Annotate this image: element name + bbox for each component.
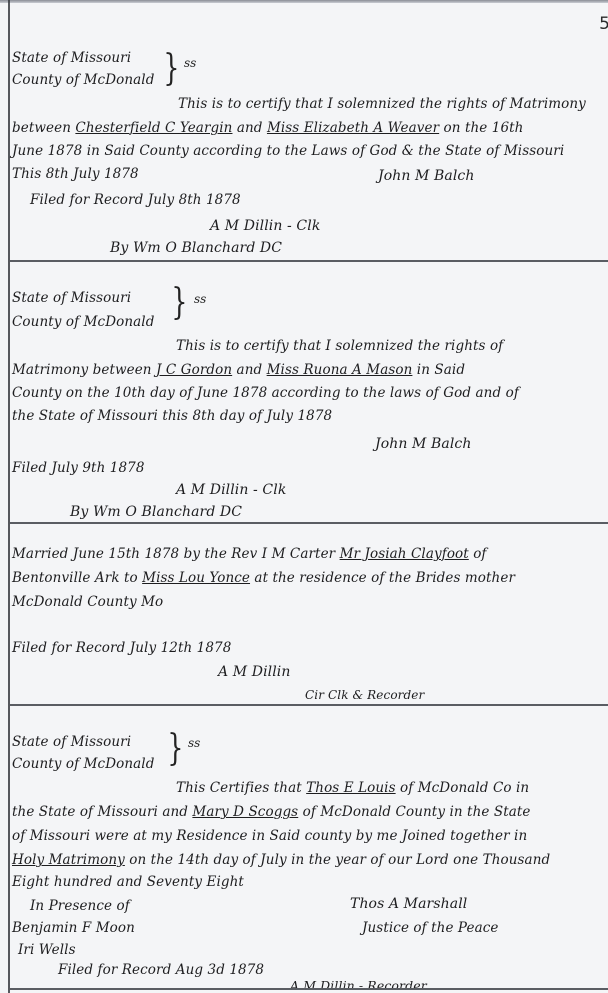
record-2-line-4: the State of Missouri this 8th day of Ju… [12, 408, 332, 424]
text: and [232, 120, 266, 136]
record-2-county: County of McDonald [12, 314, 154, 330]
record-4-state: State of Missouri [12, 734, 131, 750]
text: between [12, 120, 75, 136]
left-margin-line [8, 0, 10, 993]
record-1-county: County of McDonald [12, 72, 154, 88]
bride-name: Miss Elizabeth A Weaver [267, 120, 439, 136]
brace-icon: } [167, 728, 183, 769]
groom-name: Thos E Louis [306, 780, 395, 796]
page-number: 5 [599, 14, 608, 34]
text: Bentonville Ark to [12, 570, 142, 586]
groom-name: J C Gordon [156, 362, 232, 378]
text: Matrimony between [12, 362, 156, 378]
bride-name: Mary D Scoggs [192, 804, 298, 820]
record-4-officiant-title: Justice of the Peace [362, 920, 499, 936]
text: of [469, 546, 487, 562]
record-3-clerk-title: Cir Clk & Recorder [305, 688, 424, 702]
record-1-officiant: John M Balch [378, 168, 474, 184]
page-top-edge [0, 0, 608, 3]
text: Married June 15th 1878 by the Rev I M Ca… [12, 546, 340, 562]
record-divider [10, 522, 608, 524]
record-divider [10, 260, 608, 262]
record-2-ss: ss [194, 292, 206, 306]
ledger-page: 5 State of Missouri County of McDonald }… [0, 0, 608, 993]
record-4-ss: ss [188, 736, 200, 750]
text: and [232, 362, 266, 378]
record-1-filed: Filed for Record July 8th 1878 [30, 192, 241, 208]
record-1-line-2: between Chesterfield C Yeargin and Miss … [12, 120, 523, 136]
record-2-clerk: A M Dillin - Clk [176, 482, 286, 498]
record-4-line-5: Eight hundred and Seventy Eight [12, 874, 244, 890]
record-3-line-3: McDonald County Mo [12, 594, 163, 610]
holy-matrimony: Holy Matrimony [12, 852, 125, 868]
record-4-officiant: Thos A Marshall [350, 896, 467, 912]
bride-name: Miss Lou Yonce [142, 570, 250, 586]
record-4-line-1: This Certifies that Thos E Louis of McDo… [176, 780, 529, 796]
record-4-filed: Filed for Record Aug 3d 1878 [58, 962, 264, 978]
record-2-deputy: By Wm O Blanchard DC [70, 504, 242, 520]
text: the State of Missouri and [12, 804, 192, 820]
text: in Said [412, 362, 465, 378]
record-1-line-3: June 1878 in Said County according to th… [12, 143, 564, 159]
text: on the 14th day of July in the year of o… [125, 852, 550, 868]
record-1-line-4: This 8th July 1878 [12, 166, 139, 182]
record-2-line-3: County on the 10th day of June 1878 acco… [12, 385, 519, 401]
record-1-state: State of Missouri [12, 50, 131, 66]
record-4-witness-1: Benjamin F Moon [12, 920, 135, 936]
record-1-clerk: A M Dillin - Clk [210, 218, 320, 234]
record-4-county: County of McDonald [12, 756, 154, 772]
record-2-officiant: John M Balch [375, 436, 471, 452]
record-2-line-2: Matrimony between J C Gordon and Miss Ru… [12, 362, 465, 378]
brace-icon: } [171, 282, 187, 323]
record-2-line-1: This is to certify that I solemnized the… [176, 338, 503, 354]
text: at the residence of the Brides mother [250, 570, 515, 586]
record-4-presence: In Presence of [30, 898, 130, 914]
record-4-clerk: A M Dillin - Recorder [290, 978, 427, 993]
record-1-ss: ss [184, 56, 196, 70]
record-divider [10, 988, 608, 990]
record-divider [10, 704, 608, 706]
text: of McDonald County in the State [298, 804, 530, 820]
record-1-line-1: This is to certify that I solemnized the… [178, 96, 586, 112]
record-3-clerk: A M Dillin [218, 664, 291, 680]
record-3-filed: Filed for Record July 12th 1878 [12, 640, 231, 656]
groom-name: Mr Josiah Clayfoot [340, 546, 469, 562]
record-4-witness-2: Iri Wells [18, 942, 76, 958]
record-2-filed: Filed July 9th 1878 [12, 460, 145, 476]
text: This Certifies that [176, 780, 306, 796]
record-4-line-4: Holy Matrimony on the 14th day of July i… [12, 852, 550, 868]
record-3-line-1: Married June 15th 1878 by the Rev I M Ca… [12, 546, 487, 562]
text: on the 16th [439, 120, 523, 136]
record-2-state: State of Missouri [12, 290, 131, 306]
text: of McDonald Co in [396, 780, 530, 796]
record-4-line-2: the State of Missouri and Mary D Scoggs … [12, 804, 530, 820]
bride-name: Miss Ruona A Mason [267, 362, 413, 378]
brace-icon: } [163, 48, 179, 89]
record-4-line-3: of Missouri were at my Residence in Said… [12, 828, 527, 844]
record-1-deputy: By Wm O Blanchard DC [110, 240, 282, 256]
groom-name: Chesterfield C Yeargin [75, 120, 232, 136]
record-3-line-2: Bentonville Ark to Miss Lou Yonce at the… [12, 570, 515, 586]
